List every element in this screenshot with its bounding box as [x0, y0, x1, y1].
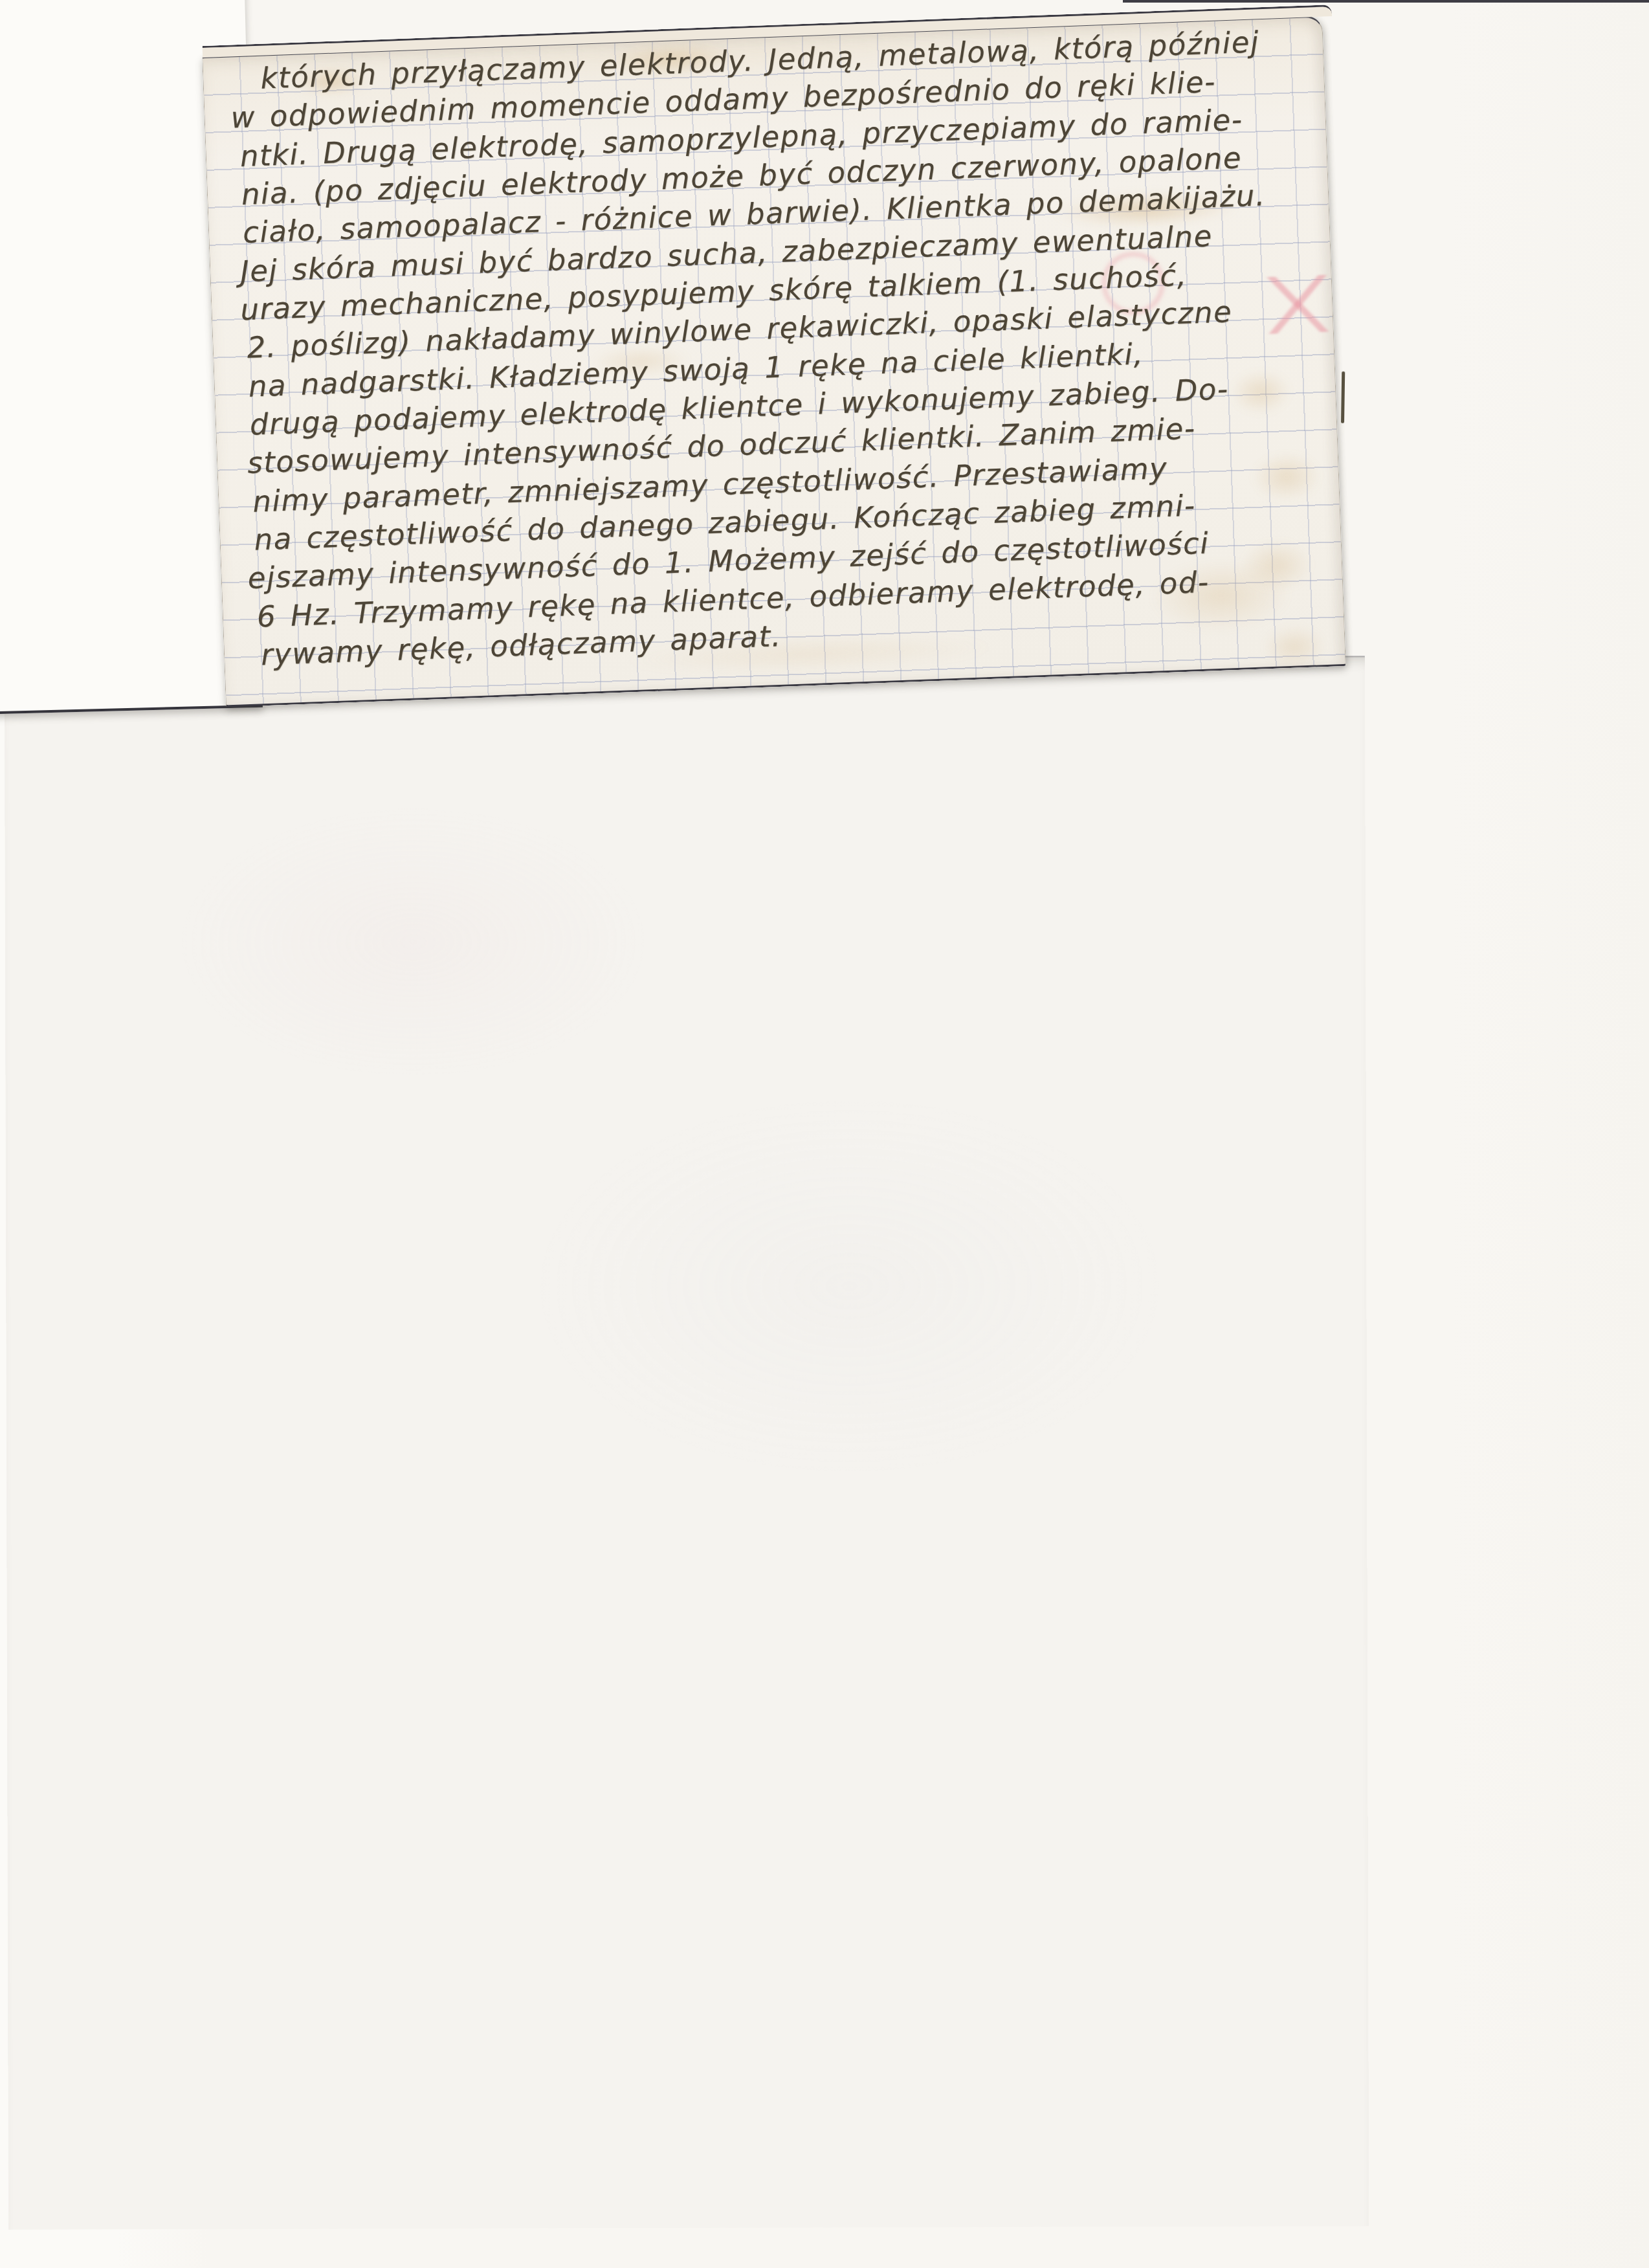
- handwriting-block: których przyłączamy elektrody. Jedną, me…: [203, 17, 1345, 706]
- stray-pen-stroke: [1341, 372, 1345, 423]
- blank-sheet: [5, 656, 1369, 2229]
- scan-background: których przyłączamy elektrody. Jedną, me…: [0, 0, 1649, 2268]
- grid-note-paper: których przyłączamy elektrody. Jedną, me…: [202, 16, 1346, 707]
- scanner-edge-line: [1123, 0, 1649, 3]
